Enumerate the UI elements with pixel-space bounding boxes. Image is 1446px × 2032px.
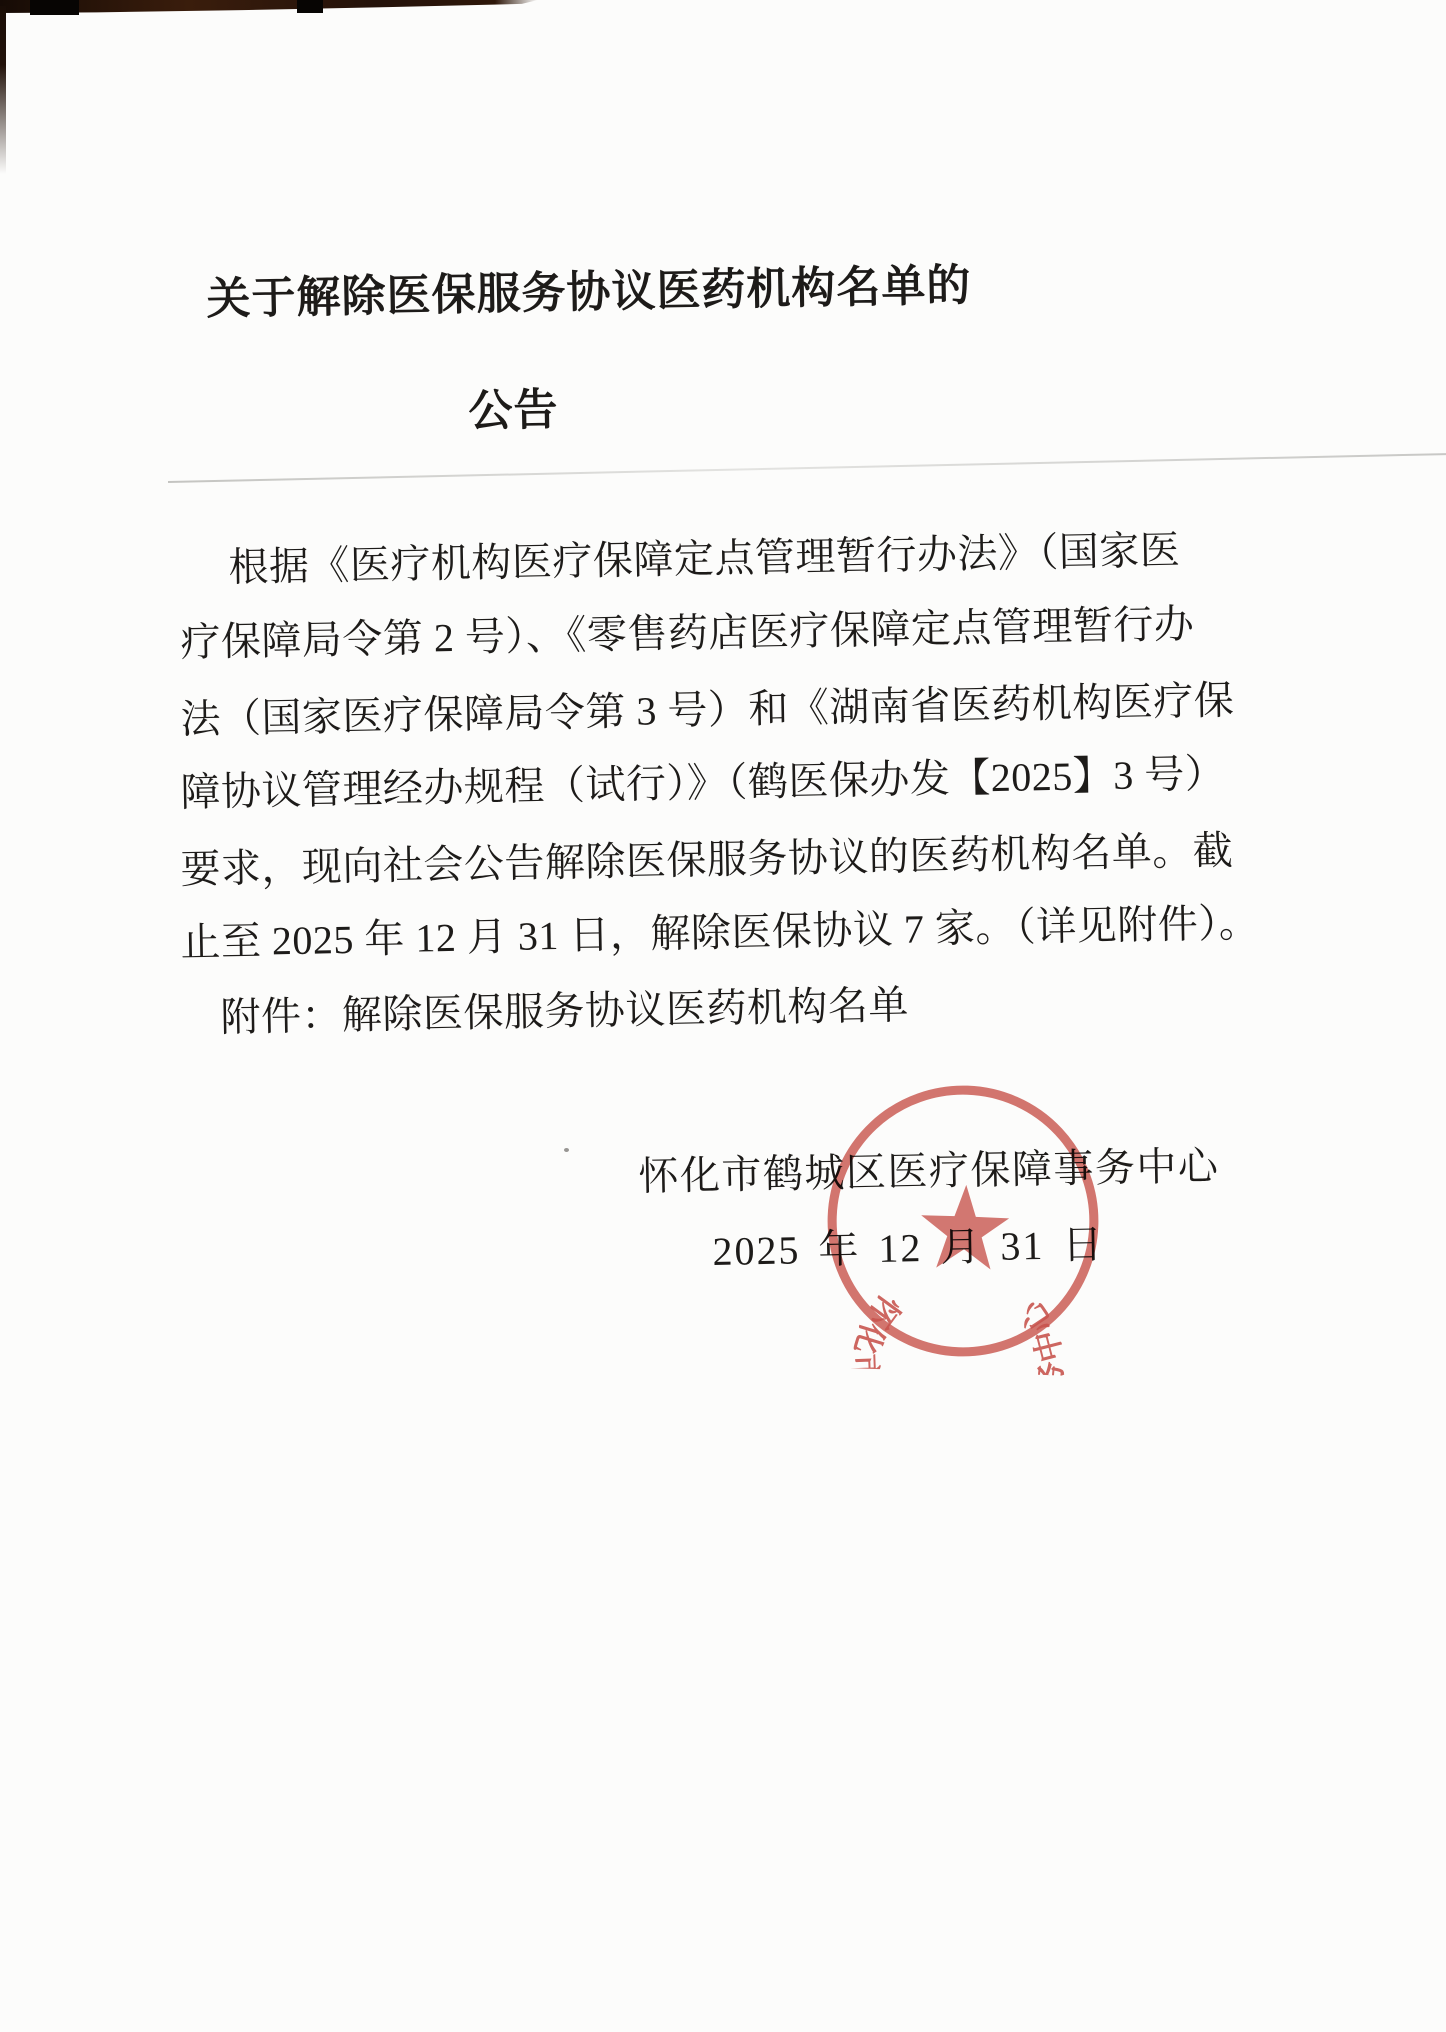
body-line: 要求，现向社会公告解除医保服务协议的医药机构名单。截 xyxy=(180,826,1234,895)
body-line: 法（国家医疗保障局令第 3 号）和《湖南省医药机构医疗保 xyxy=(180,676,1235,745)
seal-star-icon xyxy=(919,1183,1010,1270)
body-line: 障协议管理经办规程（试行）》（鹤医保办发【2025】3 号） xyxy=(180,749,1226,818)
body-line: 止至 2025 年 12 月 31 日，解除医保协议 7 家。（详见附件）。 xyxy=(180,898,1260,968)
svg-text:怀化市鹤城区医疗保障事务中心: 怀化市鹤城区医疗保障事务中心 xyxy=(842,1285,1072,1377)
body-line: 疗保障局令第 2 号）、《零售药店医疗保障定点管理暂行办 xyxy=(180,599,1195,668)
scan-speck xyxy=(564,1148,569,1152)
seal-arc-text: 怀化市鹤城区医疗保障事务中心 xyxy=(842,1285,1072,1377)
scanner-top-edge-artifact xyxy=(0,0,538,13)
official-red-seal: 怀化市鹤城区医疗保障事务中心 xyxy=(807,1065,1119,1377)
scanner-edge-blob xyxy=(297,0,323,13)
body-line: 根据《医疗机构医疗保障定点管理暂行办法》（国家医 xyxy=(228,526,1181,593)
faint-scan-divider-line xyxy=(168,453,1446,483)
attachment-line: 附件：解除医保服务协议医药机构名单 xyxy=(220,980,909,1043)
notice-title-line2: 公告 xyxy=(468,382,559,439)
notice-title-line1: 关于解除医保服务协议医药机构名单的 xyxy=(206,258,972,327)
scanner-edge-blob xyxy=(30,0,79,15)
scanned-notice-page: 关于解除医保服务协议医药机构名单的 公告 根据《医疗机构医疗保障定点管理暂行办法… xyxy=(0,0,1446,2032)
scanner-left-edge-artifact xyxy=(0,6,6,174)
